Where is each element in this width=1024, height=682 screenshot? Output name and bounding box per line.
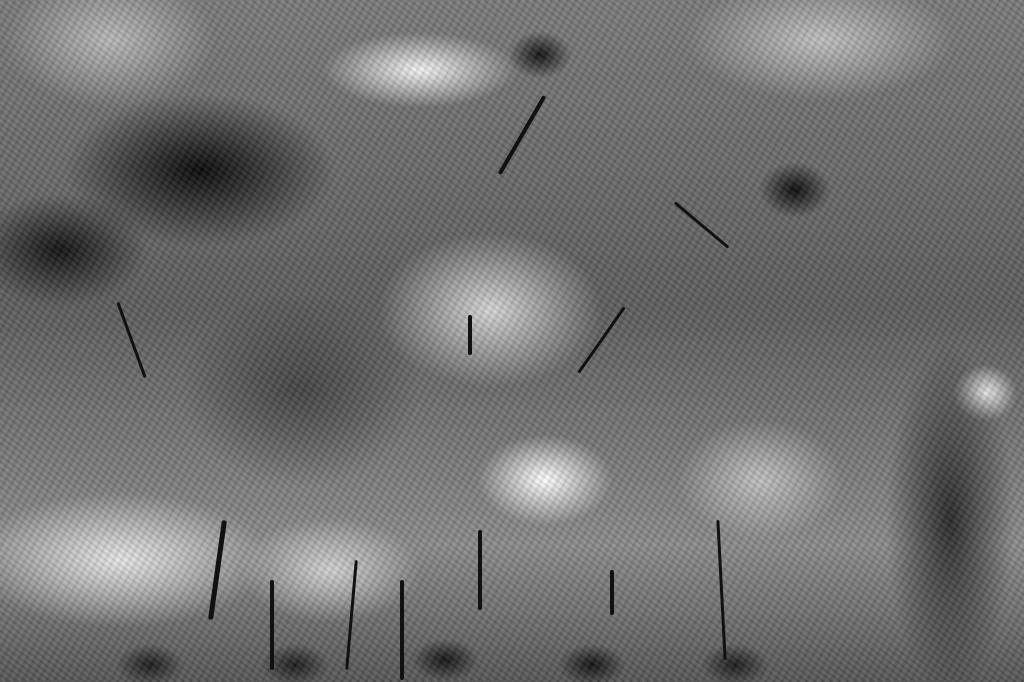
grunge-texture-image <box>0 0 1024 682</box>
drip-streak <box>400 580 404 680</box>
drip-streak <box>478 530 482 610</box>
drip-streak <box>610 570 614 615</box>
drip-streak <box>270 580 274 670</box>
drip-streak <box>468 315 472 355</box>
noise-layer <box>0 0 1024 682</box>
